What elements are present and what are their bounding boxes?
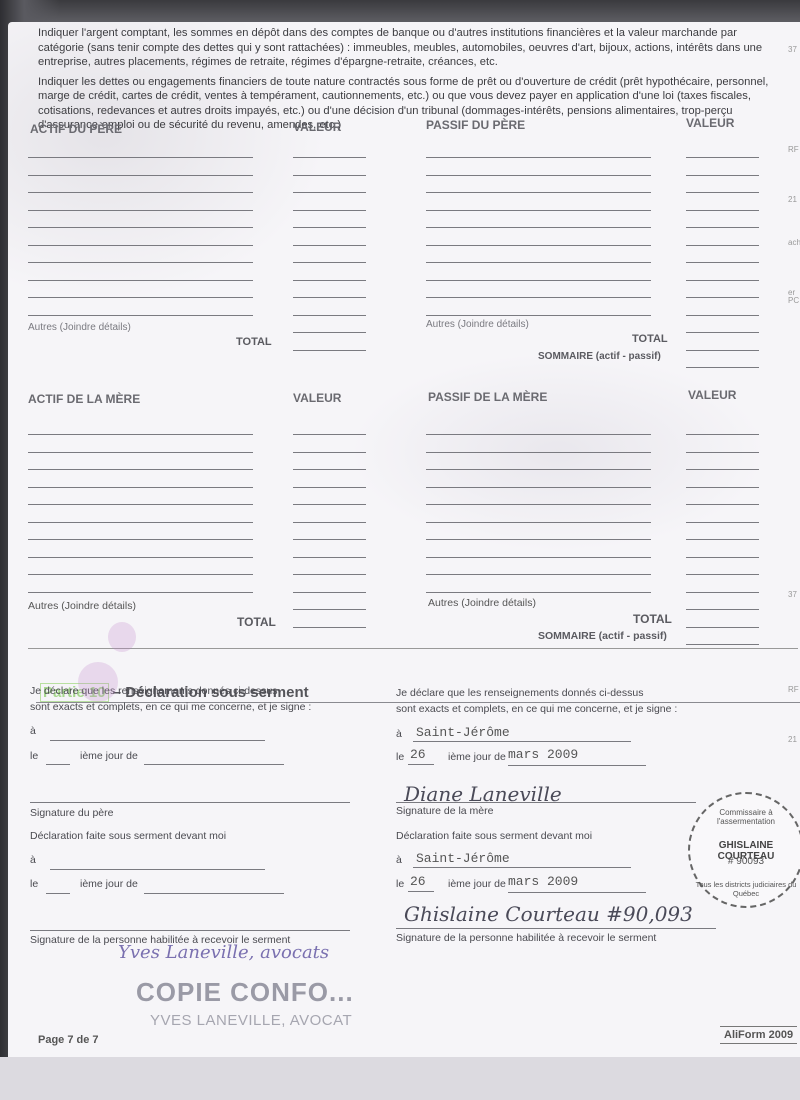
father-day-label: ième jour de bbox=[80, 750, 138, 762]
mother-liabilities-total-label: TOTAL bbox=[633, 612, 672, 626]
father-signature-field[interactable] bbox=[30, 802, 350, 803]
mother-liabilities-item-field[interactable] bbox=[426, 592, 651, 593]
mother-sworn-month-field bbox=[508, 892, 646, 893]
stamp-number: # 90093 bbox=[690, 856, 800, 867]
mother-liabilities-value-field[interactable] bbox=[686, 504, 759, 505]
scan-background-bottom bbox=[0, 1057, 800, 1100]
mother-liabilities-item-field[interactable] bbox=[426, 574, 651, 575]
mother-assets-value-field[interactable] bbox=[293, 504, 366, 505]
mother-place-label: à bbox=[396, 728, 402, 740]
mother-signature-field[interactable] bbox=[396, 802, 696, 803]
mother-liabilities-others-label: Autres (Joindre détails) bbox=[428, 597, 536, 609]
mother-assets-value-field[interactable] bbox=[293, 487, 366, 488]
edge-fragment: RF bbox=[788, 145, 799, 154]
mother-assets-header: ACTIF DE LA MÈRE bbox=[28, 392, 140, 406]
father-liabilities-value-field[interactable] bbox=[686, 245, 759, 246]
father-declaration-line2: sont exacts et complets, en ce qui me co… bbox=[30, 701, 311, 713]
father-declaration-line1: Je déclare que les renseignements donnés… bbox=[30, 685, 277, 697]
father-assets-total-label: TOTAL bbox=[236, 336, 272, 348]
mother-assets-item-field[interactable] bbox=[28, 522, 253, 523]
father-liabilities-item-field[interactable] bbox=[426, 280, 651, 281]
father-place-label: à bbox=[30, 725, 36, 737]
father-assets-value-field[interactable] bbox=[293, 280, 366, 281]
father-liabilities-value-field[interactable] bbox=[686, 227, 759, 228]
father-commissioner-signature-field[interactable] bbox=[30, 930, 350, 931]
father-assets-value-field[interactable] bbox=[293, 210, 366, 211]
mother-sworn-before: Déclaration faite sous serment devant mo… bbox=[396, 830, 592, 842]
mother-liabilities-item-field[interactable] bbox=[426, 539, 651, 540]
father-assets-value-header: VALEUR bbox=[293, 120, 341, 134]
mother-liabilities-item-field[interactable] bbox=[426, 487, 651, 488]
mother-liabilities-item-field[interactable] bbox=[426, 469, 651, 470]
mother-liabilities-value-field[interactable] bbox=[686, 557, 759, 558]
mother-liabilities-value-field[interactable] bbox=[686, 539, 759, 540]
father-liabilities-item-field[interactable] bbox=[426, 262, 651, 263]
father-liabilities-value-field[interactable] bbox=[686, 192, 759, 193]
mother-assets-value-field[interactable] bbox=[293, 452, 366, 453]
father-liabilities-item-field[interactable] bbox=[426, 315, 651, 316]
father-sworn-day-field[interactable] bbox=[46, 893, 70, 894]
mother-assets-value-field[interactable] bbox=[293, 627, 366, 628]
certified-copy-stamp-name: YVES LANEVILLE, AVOCAT bbox=[150, 1012, 352, 1029]
mother-liabilities-value-field[interactable] bbox=[686, 609, 759, 610]
mother-sworn-place-label: à bbox=[396, 854, 402, 866]
mother-liabilities-value-field[interactable] bbox=[686, 452, 759, 453]
father-liabilities-value-field[interactable] bbox=[686, 175, 759, 176]
father-assets-value-field[interactable] bbox=[293, 175, 366, 176]
father-assets-item-field[interactable] bbox=[28, 157, 253, 158]
mother-assets-item-field[interactable] bbox=[28, 434, 253, 435]
edge-fragment: 21 bbox=[788, 735, 797, 744]
form-page: Indiquer l'argent comptant, les sommes e… bbox=[8, 22, 800, 1057]
mother-summary-label: SOMMAIRE (actif - passif) bbox=[538, 630, 667, 642]
edge-fragment: 21 bbox=[788, 195, 797, 204]
father-assets-others-label: Autres (Joindre détails) bbox=[28, 322, 131, 333]
father-day-field[interactable] bbox=[46, 764, 70, 765]
father-liabilities-value-field[interactable] bbox=[686, 157, 759, 158]
father-sworn-le-label: le bbox=[30, 878, 38, 890]
father-assets-item-field[interactable] bbox=[28, 280, 253, 281]
commissioner-signature: Ghislaine Courteau #90,093 bbox=[404, 902, 693, 926]
father-assets-value-field[interactable] bbox=[293, 262, 366, 263]
mother-sworn-place-value[interactable]: Saint-Jérôme bbox=[416, 851, 510, 866]
father-assets-value-field[interactable] bbox=[293, 192, 366, 193]
edge-fragment: RF bbox=[788, 685, 799, 694]
mother-assets-value-field[interactable] bbox=[293, 434, 366, 435]
certified-copy-signature: Yves Laneville, avocats bbox=[118, 942, 329, 963]
assets-instructions: Indiquer l'argent comptant, les sommes e… bbox=[38, 26, 778, 70]
father-assets-value-field[interactable] bbox=[293, 227, 366, 228]
father-liabilities-item-field[interactable] bbox=[426, 157, 651, 158]
mother-commissioner-signature-label: Signature de la personne habilitée à rec… bbox=[396, 932, 656, 944]
father-liabilities-value-field[interactable] bbox=[686, 280, 759, 281]
edge-fragment: 37 bbox=[788, 590, 797, 599]
ink-blot bbox=[78, 662, 118, 702]
mother-declaration-line1: Je déclare que les renseignements donnés… bbox=[396, 687, 643, 699]
father-assets-item-field[interactable] bbox=[28, 315, 253, 316]
mother-assets-value-field[interactable] bbox=[293, 557, 366, 558]
mother-assets-item-field[interactable] bbox=[28, 574, 253, 575]
father-sworn-before: Déclaration faite sous serment devant mo… bbox=[30, 830, 226, 842]
mother-liabilities-value-field[interactable] bbox=[686, 434, 759, 435]
ink-blot bbox=[108, 622, 136, 652]
certified-copy-stamp: COPIE CONFO... bbox=[136, 977, 354, 1008]
father-liabilities-value-field[interactable] bbox=[686, 350, 759, 351]
father-liabilities-header: PASSIF DU PÈRE bbox=[426, 118, 525, 132]
father-liabilities-item-field[interactable] bbox=[426, 192, 651, 193]
father-sworn-day-label: ième jour de bbox=[80, 878, 138, 890]
mother-liabilities-value-header: VALEUR bbox=[688, 388, 736, 402]
mother-day-field bbox=[408, 764, 434, 765]
father-assets-value-field[interactable] bbox=[293, 350, 366, 351]
mother-sworn-place-field bbox=[413, 867, 631, 868]
mother-assets-value-field[interactable] bbox=[293, 469, 366, 470]
form-version: AliForm 2009 bbox=[720, 1026, 797, 1044]
mother-liabilities-item-field[interactable] bbox=[426, 522, 651, 523]
page-number: Page 7 de 7 bbox=[38, 1034, 99, 1046]
father-assets-value-field[interactable] bbox=[293, 315, 366, 316]
mother-sworn-month-value[interactable]: mars 2009 bbox=[508, 874, 578, 889]
mother-declaration-line2: sont exacts et complets, en ce qui me co… bbox=[396, 703, 677, 715]
mother-day-label: ième jour de bbox=[448, 751, 506, 763]
father-place-field[interactable] bbox=[50, 740, 265, 741]
father-assets-item-field[interactable] bbox=[28, 210, 253, 211]
mother-assets-item-field[interactable] bbox=[28, 469, 253, 470]
mother-assets-total-label: TOTAL bbox=[237, 615, 276, 629]
father-assets-item-field[interactable] bbox=[28, 192, 253, 193]
father-assets-item-field[interactable] bbox=[28, 262, 253, 263]
mother-le-label: le bbox=[396, 751, 404, 763]
mother-liabilities-value-field[interactable] bbox=[686, 522, 759, 523]
mother-assets-item-field[interactable] bbox=[28, 592, 253, 593]
father-liabilities-value-field[interactable] bbox=[686, 315, 759, 316]
mother-assets-value-field[interactable] bbox=[293, 609, 366, 610]
father-liabilities-value-field[interactable] bbox=[686, 210, 759, 211]
father-month-field[interactable] bbox=[144, 764, 284, 765]
mother-assets-value-field[interactable] bbox=[293, 539, 366, 540]
mother-liabilities-value-field[interactable] bbox=[686, 627, 759, 628]
father-assets-value-field[interactable] bbox=[293, 157, 366, 158]
father-liabilities-item-field[interactable] bbox=[426, 210, 651, 211]
father-le-label: le bbox=[30, 750, 38, 762]
edge-fragment: 37 bbox=[788, 45, 797, 54]
mother-assets-item-field[interactable] bbox=[28, 504, 253, 505]
father-liabilities-value-field[interactable] bbox=[686, 367, 759, 368]
father-assets-value-field[interactable] bbox=[293, 297, 366, 298]
father-assets-header: ACTIF DU PÈRE bbox=[30, 122, 122, 136]
mother-assets-item-field[interactable] bbox=[28, 557, 253, 558]
divider bbox=[28, 648, 798, 649]
mother-signature-label: Signature de la mère bbox=[396, 805, 493, 817]
mother-liabilities-item-field[interactable] bbox=[426, 452, 651, 453]
father-assets-item-field[interactable] bbox=[28, 175, 253, 176]
father-assets-item-field[interactable] bbox=[28, 297, 253, 298]
mother-commissioner-signature-field[interactable] bbox=[396, 928, 716, 929]
father-liabilities-value-field[interactable] bbox=[686, 332, 759, 333]
mother-liabilities-value-field[interactable] bbox=[686, 592, 759, 593]
father-sworn-month-field[interactable] bbox=[144, 893, 284, 894]
mother-sworn-day-field bbox=[408, 891, 434, 892]
mother-assets-item-field[interactable] bbox=[28, 487, 253, 488]
father-signature-label: Signature du père bbox=[30, 807, 113, 819]
father-sworn-place-field[interactable] bbox=[50, 869, 265, 870]
father-assets-item-field[interactable] bbox=[28, 245, 253, 246]
instructions: Indiquer l'argent comptant, les sommes e… bbox=[38, 26, 778, 138]
father-summary-label: SOMMAIRE (actif - passif) bbox=[538, 351, 661, 362]
mother-sworn-day-label: ième jour de bbox=[448, 878, 506, 890]
commissioner-stamp: Commissaire à l'assermentation GHISLAINE… bbox=[688, 792, 800, 908]
edge-fragment: PC bbox=[788, 296, 799, 305]
mother-liabilities-header: PASSIF DE LA MÈRE bbox=[428, 390, 547, 404]
mother-assets-value-field[interactable] bbox=[293, 574, 366, 575]
mother-liabilities-value-field[interactable] bbox=[686, 644, 759, 645]
stamp-top-text: Commissaire à l'assermentation bbox=[690, 808, 800, 826]
father-assets-value-field[interactable] bbox=[293, 245, 366, 246]
father-sworn-place-label: à bbox=[30, 854, 36, 866]
mother-liabilities-item-field[interactable] bbox=[426, 434, 651, 435]
mother-assets-value-field[interactable] bbox=[293, 522, 366, 523]
liabilities-instructions: Indiquer les dettes ou engagements finan… bbox=[38, 75, 778, 133]
father-liabilities-item-field[interactable] bbox=[426, 297, 651, 298]
father-liabilities-others-label: Autres (Joindre détails) bbox=[426, 319, 529, 330]
father-liabilities-value-field[interactable] bbox=[686, 262, 759, 263]
mother-month-field bbox=[508, 765, 646, 766]
mother-assets-value-header: VALEUR bbox=[293, 391, 341, 405]
mother-liabilities-item-field[interactable] bbox=[426, 557, 651, 558]
father-liabilities-total-label: TOTAL bbox=[632, 333, 668, 345]
mother-assets-item-field[interactable] bbox=[28, 539, 253, 540]
mother-liabilities-value-field[interactable] bbox=[686, 469, 759, 470]
mother-place-value[interactable]: Saint-Jérôme bbox=[416, 725, 510, 740]
father-assets-item-field[interactable] bbox=[28, 227, 253, 228]
father-liabilities-value-field[interactable] bbox=[686, 297, 759, 298]
mother-liabilities-value-field[interactable] bbox=[686, 574, 759, 575]
mother-month-value[interactable]: mars 2009 bbox=[508, 747, 578, 762]
mother-sworn-day-value[interactable]: 26 bbox=[410, 874, 426, 889]
father-assets-value-field[interactable] bbox=[293, 332, 366, 333]
father-liabilities-item-field[interactable] bbox=[426, 245, 651, 246]
father-liabilities-value-header: VALEUR bbox=[686, 116, 734, 130]
mother-assets-item-field[interactable] bbox=[28, 452, 253, 453]
mother-assets-value-field[interactable] bbox=[293, 592, 366, 593]
mother-sworn-le-label: le bbox=[396, 878, 404, 890]
mother-liabilities-item-field[interactable] bbox=[426, 504, 651, 505]
mother-day-value[interactable]: 26 bbox=[410, 747, 426, 762]
edge-fragment: ach bbox=[788, 238, 800, 247]
mother-liabilities-value-field[interactable] bbox=[686, 487, 759, 488]
stamp-bottom-text: Tous les districts judiciaires du Québec bbox=[690, 880, 800, 898]
father-liabilities-item-field[interactable] bbox=[426, 175, 651, 176]
mother-assets-others-label: Autres (Joindre détails) bbox=[28, 600, 136, 612]
mother-place-field bbox=[413, 741, 631, 742]
father-liabilities-item-field[interactable] bbox=[426, 227, 651, 228]
